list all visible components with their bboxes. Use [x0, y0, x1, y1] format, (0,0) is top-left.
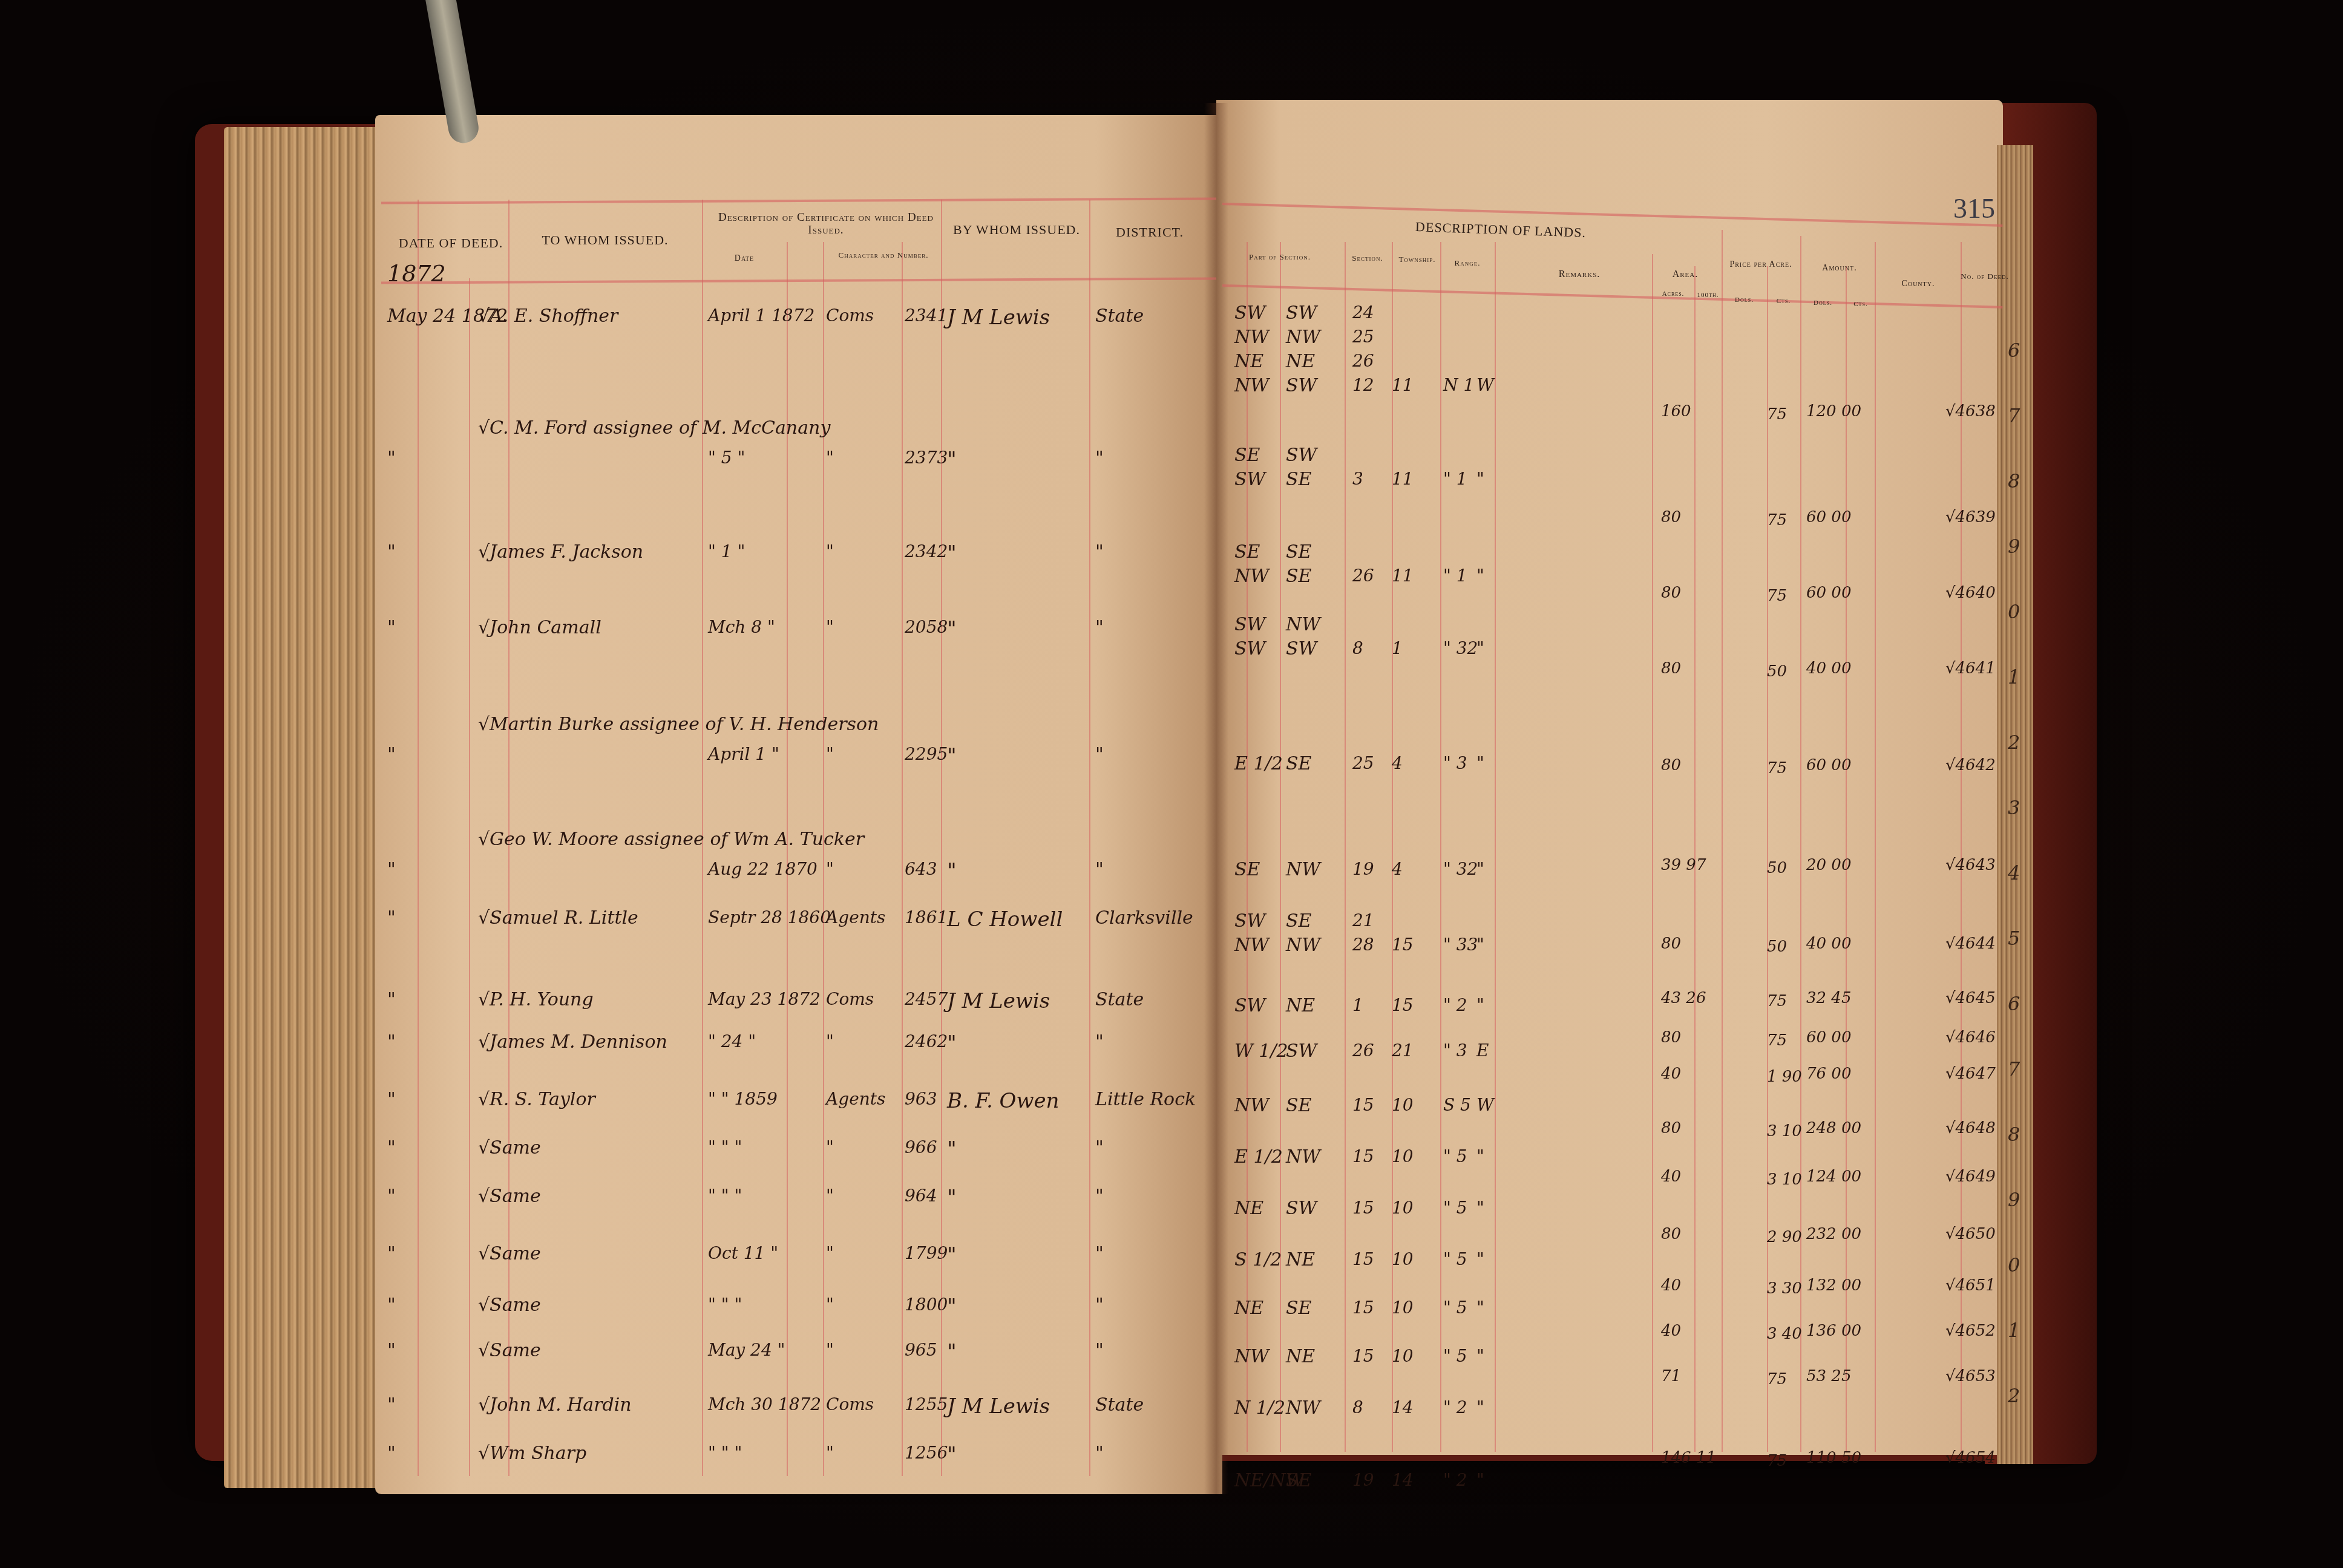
entry-cert-date: April 1 ": [708, 744, 779, 764]
entry-grantee-name: √Same: [478, 1243, 541, 1264]
land-section: 15: [1352, 1146, 1374, 1166]
entry-district: ": [1095, 1137, 1104, 1158]
entry-cert-date: " " ": [708, 1443, 742, 1463]
vrule: [1961, 242, 1962, 1452]
land-quarter: SE: [1286, 1298, 1311, 1319]
entry-cert-number: 1255: [905, 1394, 948, 1414]
land-quarter: SW: [1286, 638, 1317, 659]
margin-tab-numeral: 9: [2008, 535, 2020, 558]
vrule: [1440, 242, 1441, 1452]
entry-cert-number: 964: [905, 1186, 937, 1206]
entry-area-acres: 40: [1661, 1065, 1681, 1083]
entry-grantee-name: √C. M. Ford assignee of M. McCanany: [478, 417, 830, 439]
entry-area-acres: 80: [1661, 935, 1681, 953]
entry-date: ": [387, 1243, 396, 1264]
entry-amount: 248 00: [1806, 1119, 1861, 1137]
entry-cert-character: ": [826, 1031, 834, 1051]
entry-deed-number: √4641: [1945, 659, 1996, 678]
entry-area-acres: 71: [1661, 1367, 1681, 1385]
land-quarter: SW: [1286, 302, 1317, 324]
entry-deed-number: √4649: [1945, 1168, 1996, 1186]
land-township: 4: [1392, 859, 1403, 879]
entry-area-acres: 40: [1661, 1168, 1681, 1186]
entry-district: Little Rock: [1095, 1089, 1196, 1110]
header-to-whom-issued: TO WHOM ISSUED.: [526, 233, 684, 247]
land-part-of-section: W 1/2: [1234, 1040, 1288, 1062]
vrule: [1345, 242, 1346, 1452]
entry-cert-date: " " 1859: [708, 1089, 778, 1109]
vrule: [1089, 200, 1090, 1476]
entry-cert-date: " 5 ": [708, 448, 745, 468]
land-quarter: SE: [1286, 469, 1311, 490]
land-range: " 3: [1443, 1040, 1467, 1060]
header-township: Township.: [1393, 255, 1441, 264]
land-range: N 1: [1443, 375, 1474, 395]
land-township: 21: [1392, 1040, 1414, 1060]
header-area-acres: Acres.: [1655, 290, 1691, 298]
header-section: Section.: [1346, 254, 1389, 263]
entry-amount: 40 00: [1806, 935, 1851, 953]
entry-issued-by: ": [947, 1340, 957, 1364]
land-township: 11: [1392, 566, 1414, 586]
entry-price-per-acre: 75: [1767, 405, 1787, 423]
entry-issued-by: L C Howell: [947, 907, 1063, 932]
entry-price-per-acre: 3 10: [1767, 1122, 1802, 1140]
entry-cert-number: 2058: [905, 617, 948, 637]
entry-date: ": [387, 1137, 396, 1158]
header-price-per-acre: Price per Acre.: [1725, 260, 1797, 269]
land-quarter: SE: [1286, 1095, 1311, 1116]
entry-cert-date: Mch 8 ": [708, 617, 775, 637]
entry-area-acres: 80: [1661, 584, 1681, 602]
land-part-of-section: SE: [1234, 859, 1260, 880]
entry-amount: 60 00: [1806, 1028, 1851, 1047]
entry-cert-character: Coms: [826, 989, 874, 1009]
entry-amount: 132 00: [1806, 1276, 1861, 1295]
entry-deed-number: √4651: [1945, 1276, 1996, 1295]
land-range-dir: ": [1476, 1249, 1484, 1269]
land-range: " 5: [1443, 1146, 1467, 1166]
land-range-dir: ": [1476, 995, 1484, 1015]
entry-date: ": [387, 448, 396, 469]
header-area-100th: 100th.: [1694, 292, 1722, 299]
page-number: 315: [1953, 192, 1995, 224]
entry-amount: 20 00: [1806, 856, 1851, 874]
land-range: " 3: [1443, 753, 1467, 773]
land-quarter: NW: [1286, 1146, 1320, 1168]
land-range-dir: ": [1476, 469, 1484, 489]
land-quarter: NW: [1286, 1397, 1320, 1419]
entry-date: ": [387, 1031, 396, 1053]
entry-cert-character: ": [826, 617, 834, 637]
land-section: 15: [1352, 1346, 1374, 1366]
entry-deed-number: √4648: [1945, 1119, 1996, 1137]
land-range: " 33: [1443, 935, 1478, 955]
vrule: [1392, 242, 1393, 1452]
entry-area-acres: 40: [1661, 1322, 1681, 1340]
header-remarks: Remarks.: [1531, 269, 1628, 280]
land-section: 25: [1352, 327, 1374, 347]
entry-cert-date: " " ": [708, 1137, 742, 1157]
land-section: 28: [1352, 935, 1374, 955]
entry-deed-number: √4654: [1945, 1449, 1996, 1467]
entry-amount: 60 00: [1806, 508, 1851, 526]
land-part-of-section: SW: [1234, 469, 1265, 490]
land-range: " 2: [1443, 1470, 1467, 1490]
vrule: [469, 278, 470, 1476]
entry-grantee-name: √Same: [478, 1137, 541, 1158]
header-area: Area.: [1655, 269, 1715, 280]
land-range-dir: ": [1476, 1298, 1484, 1318]
land-township: 4: [1392, 753, 1403, 773]
entry-grantee-name: √James F. Jackson: [478, 541, 643, 563]
land-township: 14: [1392, 1470, 1414, 1490]
land-quarter: NE: [1286, 1346, 1315, 1367]
margin-tab-numeral: 0: [2008, 600, 2020, 623]
entry-district: ": [1095, 1243, 1104, 1264]
land-township: 11: [1392, 469, 1414, 489]
vrule: [941, 200, 942, 1476]
entry-price-per-acre: 75: [1767, 1370, 1787, 1388]
land-range-dir: ": [1476, 753, 1484, 773]
entry-issued-by: ": [947, 1031, 957, 1056]
land-range: " 1: [1443, 566, 1467, 586]
entry-cert-number: 2373: [905, 448, 948, 468]
land-range: " 5: [1443, 1346, 1467, 1366]
land-range-dir: ": [1476, 1470, 1484, 1490]
entry-grantee-name: √James M. Dennison: [478, 1031, 667, 1053]
entry-district: Clarksville: [1095, 907, 1193, 929]
entry-price-per-acre: 50: [1767, 662, 1787, 681]
entry-cert-date: " 24 ": [708, 1031, 756, 1051]
land-section: 15: [1352, 1095, 1374, 1115]
land-range: " 32: [1443, 859, 1478, 879]
vrule: [1722, 230, 1723, 1452]
entry-deed-number: √4640: [1945, 584, 1996, 602]
land-part-of-section: SE: [1234, 541, 1260, 563]
land-range-dir: W: [1476, 375, 1494, 395]
entry-cert-character: ": [826, 1340, 834, 1360]
entry-date: ": [387, 744, 396, 765]
land-township: 10: [1392, 1346, 1414, 1366]
entry-cert-character: Agents: [826, 1089, 885, 1109]
entry-issued-by: B. F. Owen: [947, 1089, 1060, 1113]
entry-cert-date: " " ": [708, 1295, 742, 1315]
land-township: 11: [1392, 375, 1414, 395]
land-section: 19: [1352, 859, 1374, 879]
land-range: " 5: [1443, 1298, 1467, 1318]
vrule: [1800, 236, 1801, 1452]
entry-issued-by: ": [947, 617, 957, 641]
land-quarter: SW: [1286, 1198, 1317, 1219]
entry-area-acres: 80: [1661, 659, 1681, 678]
entry-cert-number: 2295: [905, 744, 948, 764]
land-range: " 1: [1443, 469, 1467, 489]
land-part-of-section: SW: [1234, 638, 1265, 659]
entry-cert-character: ": [826, 1443, 834, 1463]
land-range: " 2: [1443, 995, 1467, 1015]
entry-amount: 124 00: [1806, 1168, 1861, 1186]
land-part-of-section: SW: [1234, 302, 1265, 324]
land-range-dir: ": [1476, 859, 1484, 879]
entry-area-acres: 80: [1661, 1225, 1681, 1243]
entry-date: ": [387, 1295, 396, 1316]
entry-cert-number: 1800: [905, 1295, 948, 1315]
land-quarter: SE: [1286, 541, 1311, 563]
entry-cert-number: 2341: [905, 305, 948, 325]
header-county: County.: [1879, 279, 1958, 289]
land-section: 21: [1352, 910, 1374, 930]
land-township: 14: [1392, 1397, 1414, 1417]
entry-cert-date: Aug 22 1870: [708, 859, 818, 879]
land-range-dir: ": [1476, 1146, 1484, 1166]
entry-cert-number: 966: [905, 1137, 937, 1157]
entry-amount: 32 45: [1806, 989, 1851, 1007]
land-quarter: SE: [1286, 1470, 1311, 1491]
entry-district: ": [1095, 744, 1104, 765]
header-part-of-section: Part of Section.: [1234, 253, 1325, 261]
header-district: DISTRICT.: [1095, 225, 1204, 240]
entry-price-per-acre: 1 90: [1767, 1068, 1802, 1086]
entry-date: ": [387, 1186, 396, 1207]
entry-amount: 232 00: [1806, 1225, 1861, 1243]
entry-amount: 136 00: [1806, 1322, 1861, 1340]
land-part-of-section: NW: [1234, 327, 1269, 348]
entry-date: ": [387, 989, 396, 1010]
land-range-dir: ": [1476, 1198, 1484, 1218]
entry-issued-by: ": [947, 1137, 957, 1161]
land-section: 26: [1352, 351, 1374, 371]
header-cert-char-number: Character and Number.: [823, 251, 944, 260]
land-section: 24: [1352, 302, 1374, 322]
land-section: 15: [1352, 1249, 1374, 1269]
entry-price-per-acre: 75: [1767, 511, 1787, 529]
entry-cert-date: " 1 ": [708, 541, 745, 561]
entry-cert-date: Oct 11 ": [708, 1243, 778, 1263]
land-part-of-section: E 1/2: [1234, 1146, 1283, 1168]
entry-deed-number: √4644: [1945, 935, 1996, 953]
land-township: 10: [1392, 1298, 1414, 1318]
entry-price-per-acre: 75: [1767, 759, 1787, 777]
entry-cert-number: 2342: [905, 541, 948, 561]
entry-area-acres: 80: [1661, 508, 1681, 526]
entry-cert-number: 1861: [905, 907, 948, 927]
land-quarter: SE: [1286, 910, 1311, 932]
header-by-whom-issued: BY WHOM ISSUED.: [944, 223, 1089, 237]
entry-deed-number: √4652: [1945, 1322, 1996, 1340]
entry-price-per-acre: 2 90: [1767, 1228, 1802, 1246]
header-range: Range.: [1443, 259, 1492, 267]
land-quarter: NE: [1286, 351, 1315, 372]
entry-area-acres: 160: [1661, 402, 1691, 420]
land-range-dir: ": [1476, 638, 1484, 658]
entry-cert-character: Coms: [826, 1394, 874, 1414]
land-part-of-section: S 1/2: [1234, 1249, 1282, 1270]
header-no-of-deed: No. of Deed.: [1961, 272, 2009, 281]
entry-grantee-name: √Same: [478, 1295, 541, 1316]
entry-price-per-acre: 75: [1767, 1452, 1787, 1470]
land-township: 10: [1392, 1095, 1414, 1115]
margin-tab-numeral: 8: [2008, 1123, 2020, 1146]
year-heading: 1872: [387, 260, 446, 287]
entry-issued-by: ": [947, 1186, 957, 1210]
entry-amount: 40 00: [1806, 659, 1851, 678]
margin-tab-numeral: 9: [2008, 1188, 2020, 1211]
land-quarter: NW: [1286, 614, 1320, 635]
entry-issued-by: ": [947, 541, 957, 566]
land-section: 8: [1352, 638, 1363, 658]
entry-district: State: [1095, 989, 1144, 1010]
entry-cert-number: 643: [905, 859, 937, 879]
entry-date: ": [387, 617, 396, 638]
land-quarter: SE: [1286, 566, 1311, 587]
entry-date: ": [387, 1443, 396, 1464]
entry-district: State: [1095, 305, 1144, 327]
margin-tab-numeral: 5: [2008, 927, 2020, 950]
land-quarter: SE: [1286, 753, 1311, 774]
land-section: 15: [1352, 1298, 1374, 1318]
entry-cert-character: ": [826, 1295, 834, 1315]
land-range-dir: ": [1476, 566, 1484, 586]
land-range-dir: E: [1476, 1040, 1489, 1060]
entry-area-acres: 146 11: [1661, 1449, 1716, 1467]
land-township: 10: [1392, 1249, 1414, 1269]
land-section: 26: [1352, 566, 1374, 586]
land-part-of-section: E 1/2: [1234, 753, 1283, 774]
land-range: " 5: [1443, 1249, 1467, 1269]
entry-area-acres: 43 26: [1661, 989, 1706, 1007]
entry-price-per-acre: 75: [1767, 587, 1787, 605]
land-range: S 5: [1443, 1095, 1471, 1115]
entry-grantee-name: √R. S. Taylor: [478, 1089, 595, 1110]
entry-date: ": [387, 1089, 396, 1110]
margin-tab-numeral: 2: [2008, 731, 2020, 754]
entry-amount: 53 25: [1806, 1367, 1851, 1385]
entry-amount: 60 00: [1806, 756, 1851, 774]
header-cert-date: Date: [708, 254, 781, 263]
entry-cert-character: Agents: [826, 907, 885, 927]
land-range-dir: ": [1476, 1346, 1484, 1366]
margin-tab-numeral: 6: [2008, 339, 2020, 362]
header-price-cts: Cts.: [1767, 298, 1800, 305]
entry-grantee-name: √Same: [478, 1340, 541, 1361]
land-part-of-section: SE: [1234, 445, 1260, 466]
land-quarter: NW: [1286, 935, 1320, 956]
land-section: 8: [1352, 1397, 1363, 1417]
entry-cert-date: " " ": [708, 1186, 742, 1206]
margin-tab-numeral: 1: [2008, 665, 2020, 688]
land-part-of-section: NW: [1234, 1346, 1269, 1367]
entry-cert-date: April 1 1872: [708, 305, 814, 325]
entry-area-acres: 80: [1661, 1119, 1681, 1137]
entry-issued-by: J M Lewis: [947, 305, 1050, 330]
entry-district: ": [1095, 1031, 1104, 1053]
entry-date: ": [387, 541, 396, 563]
entry-cert-number: 1799: [905, 1243, 948, 1263]
land-section: 25: [1352, 753, 1374, 773]
entry-deed-number: √4647: [1945, 1065, 1996, 1083]
land-range-dir: ": [1476, 1397, 1484, 1417]
entry-price-per-acre: 3 30: [1767, 1279, 1802, 1298]
land-part-of-section: NW: [1234, 566, 1269, 587]
entry-district: ": [1095, 1443, 1104, 1464]
margin-tab-numeral: 7: [2008, 404, 2020, 427]
land-part-of-section: SW: [1234, 995, 1265, 1016]
entry-grantee-name: √P. H. Young: [478, 989, 594, 1010]
entry-issued-by: ": [947, 448, 957, 472]
entry-district: ": [1095, 448, 1104, 469]
entry-district: ": [1095, 1340, 1104, 1361]
entry-grantee-name: √Martin Burke assignee of V. H. Henderso…: [478, 714, 879, 735]
vrule: [1280, 242, 1281, 1452]
header-date-of-deed: DATE OF DEED.: [390, 236, 511, 250]
entry-cert-character: ": [826, 448, 834, 468]
land-range-dir: ": [1476, 935, 1484, 955]
entry-deed-number: √4638: [1945, 402, 1996, 420]
entry-district: ": [1095, 541, 1104, 563]
entry-price-per-acre: 3 10: [1767, 1171, 1802, 1189]
entry-cert-character: ": [826, 744, 834, 764]
entry-grantee-name: √Samuel R. Little: [478, 907, 638, 929]
entry-price-per-acre: 50: [1767, 938, 1787, 956]
land-quarter: SW: [1286, 375, 1317, 396]
entry-cert-number: 1256: [905, 1443, 948, 1463]
entry-price-per-acre: 75: [1767, 1031, 1787, 1050]
land-part-of-section: SW: [1234, 614, 1265, 635]
entry-date: ": [387, 859, 396, 880]
entry-deed-number: √4650: [1945, 1225, 1996, 1243]
margin-tab-numeral: 6: [2008, 992, 2020, 1015]
entry-issued-by: ": [947, 859, 957, 883]
margin-tab-numeral: 2: [2008, 1384, 2020, 1407]
land-section: 26: [1352, 1040, 1374, 1060]
margin-tab-numeral: 7: [2008, 1057, 2020, 1080]
land-range: " 32: [1443, 638, 1478, 658]
margin-tab-numeral: 8: [2008, 469, 2020, 492]
entry-deed-number: √4642: [1945, 756, 1996, 774]
entry-price-per-acre: 50: [1767, 859, 1787, 877]
land-township: 1: [1392, 638, 1403, 658]
land-range: " 5: [1443, 1198, 1467, 1218]
land-township: 15: [1392, 995, 1414, 1015]
entry-district: ": [1095, 617, 1104, 638]
entry-district: ": [1095, 859, 1104, 880]
entry-district: State: [1095, 1394, 1144, 1416]
entry-cert-character: Coms: [826, 305, 874, 325]
land-range-dir: W: [1476, 1095, 1494, 1115]
land-part-of-section: NE: [1234, 351, 1263, 372]
entry-issued-by: ": [947, 1443, 957, 1467]
entry-date: ": [387, 1394, 396, 1416]
land-quarter: SW: [1286, 445, 1317, 466]
land-part-of-section: NW: [1234, 935, 1269, 956]
entry-cert-character: ": [826, 859, 834, 879]
land-part-of-section: NW: [1234, 1095, 1269, 1116]
entry-cert-date: Mch 30 1872: [708, 1394, 821, 1414]
entry-grantee-name: √Wm Sharp: [478, 1443, 586, 1464]
land-township: 10: [1392, 1146, 1414, 1166]
entry-deed-number: √4653: [1945, 1367, 1996, 1385]
entry-amount: 120 00: [1806, 402, 1861, 420]
entry-issued-by: ": [947, 1295, 957, 1319]
entry-district: ": [1095, 1186, 1104, 1207]
vrule: [1247, 242, 1248, 1452]
entry-area-acres: 40: [1661, 1276, 1681, 1295]
entry-cert-date: May 24 ": [708, 1340, 785, 1360]
land-quarter: NE: [1286, 995, 1315, 1016]
entry-price-per-acre: 3 40: [1767, 1325, 1802, 1343]
land-part-of-section: NE: [1234, 1198, 1263, 1219]
